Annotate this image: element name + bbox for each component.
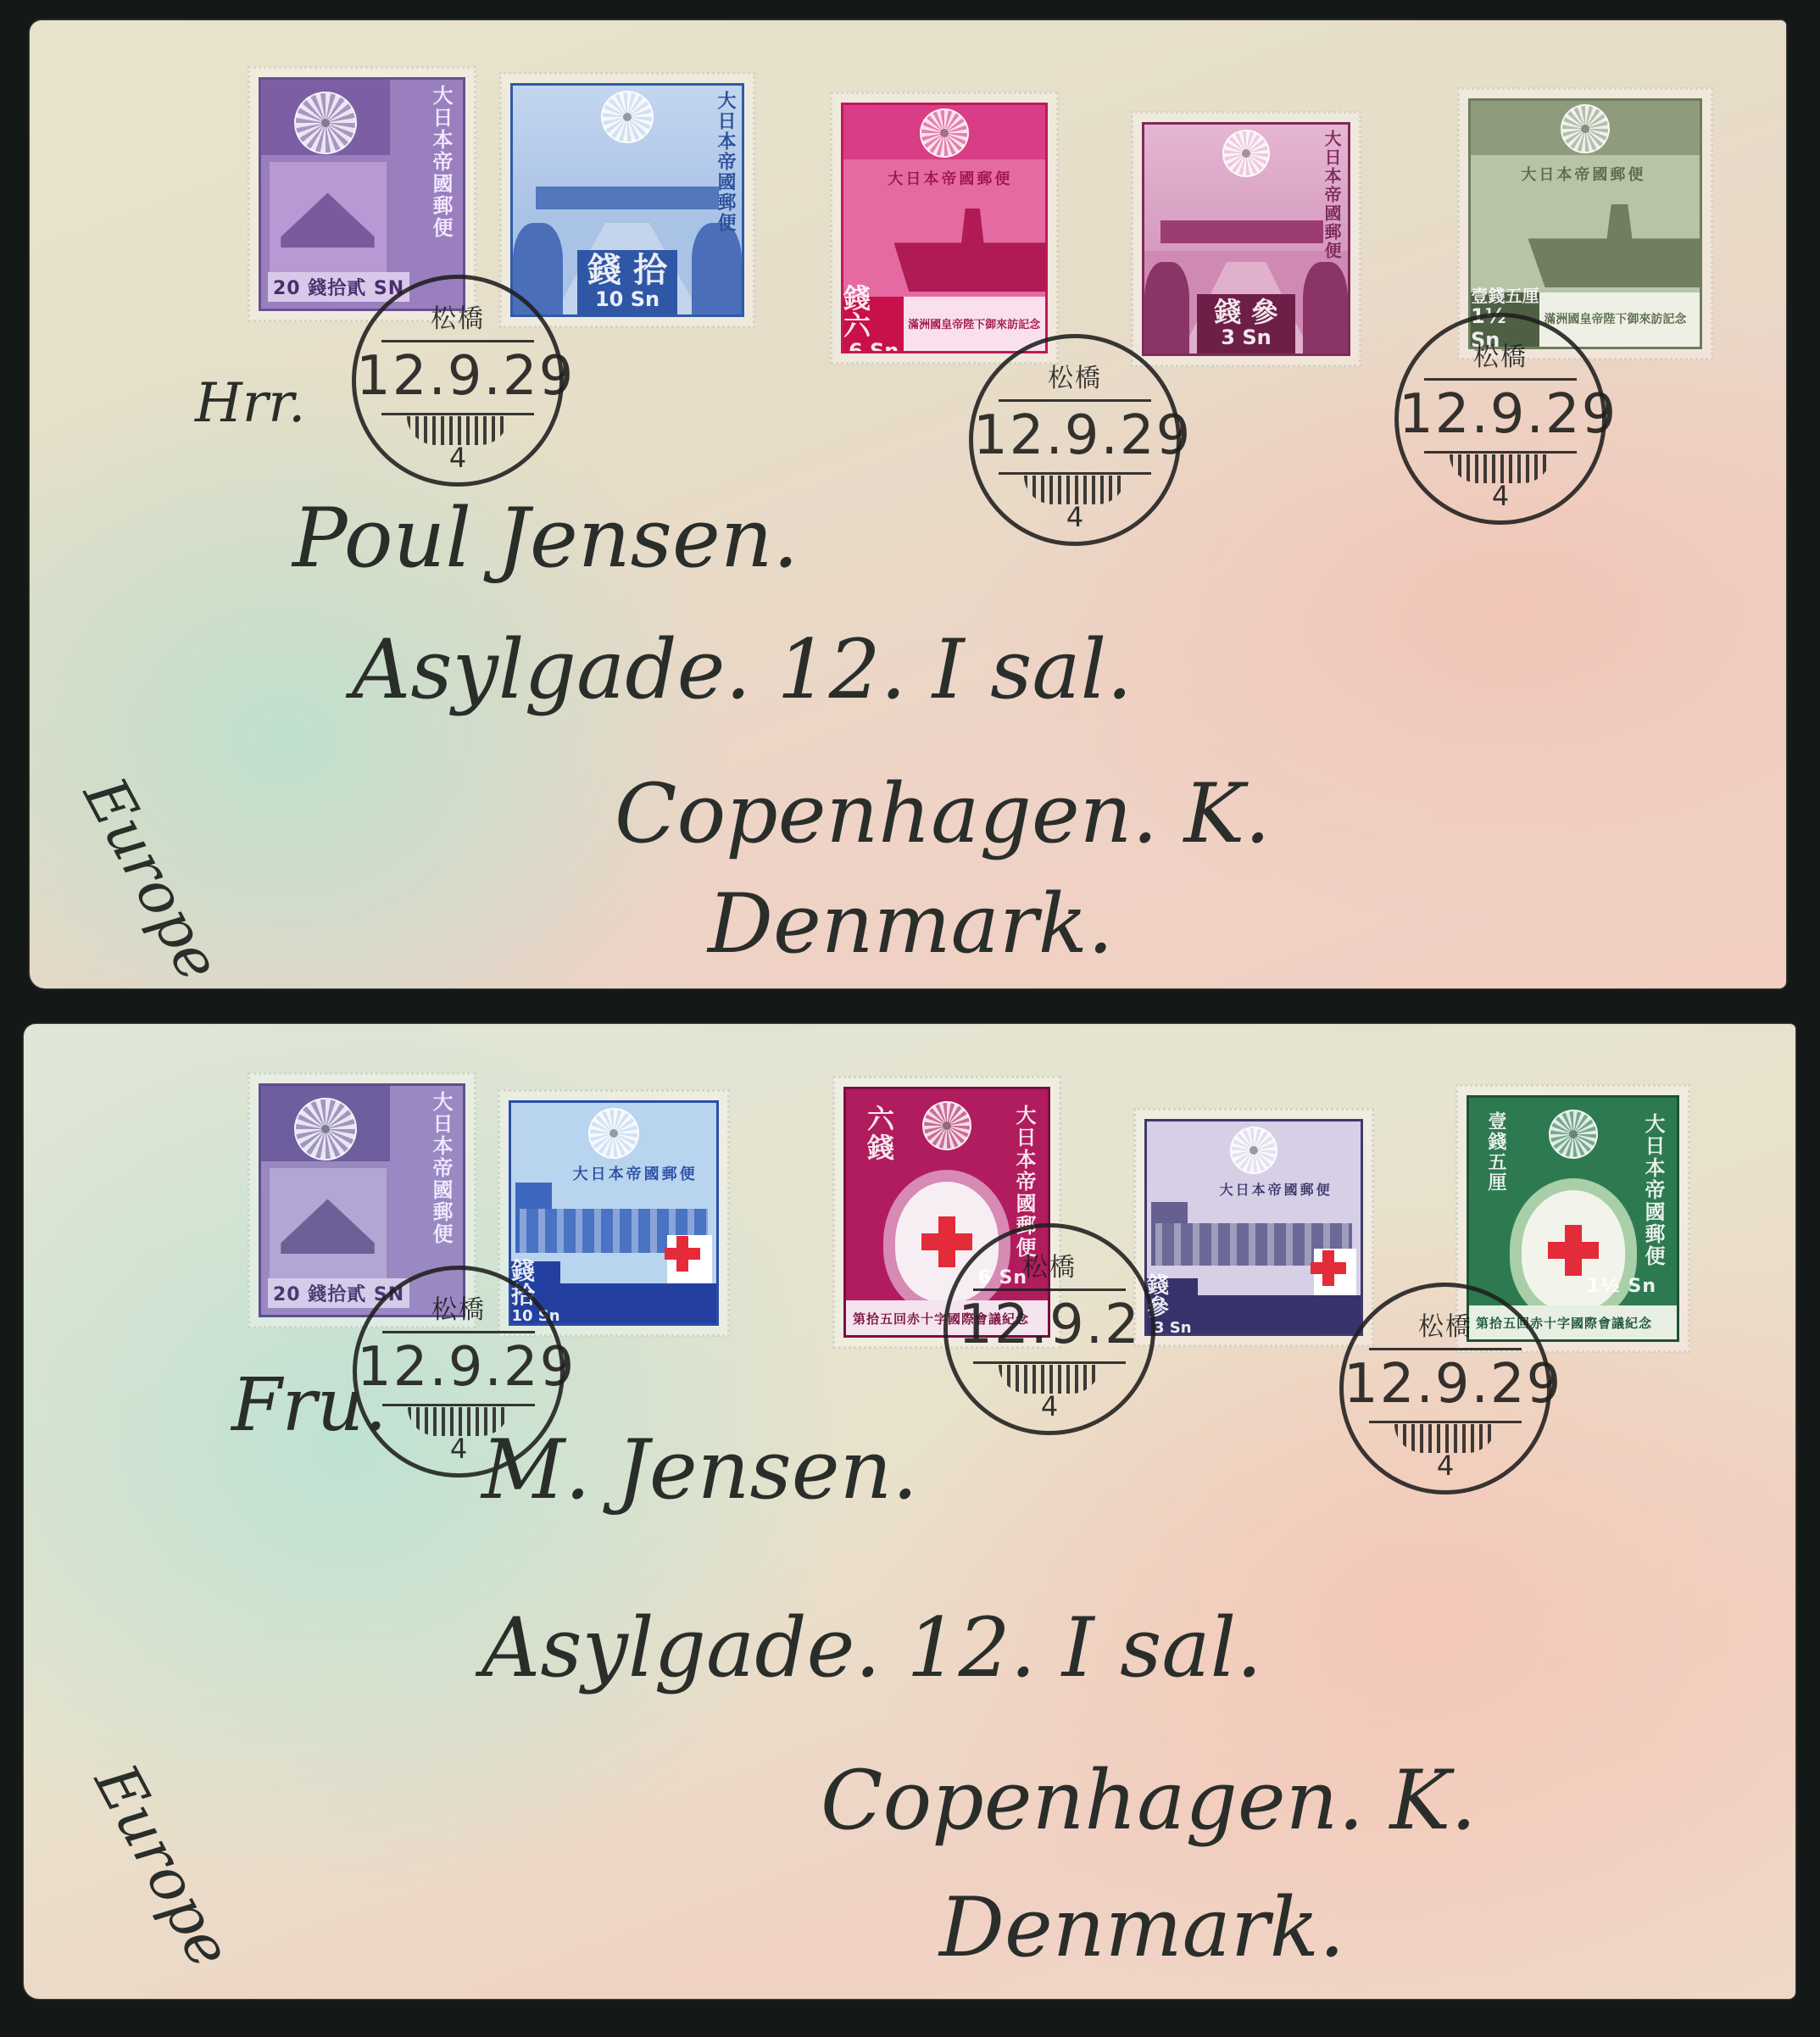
chrysanthemum-icon bbox=[1549, 1110, 1598, 1159]
address-name: M. Jensen. bbox=[481, 1422, 918, 1517]
address-country: Denmark. bbox=[939, 1880, 1344, 1975]
address-salutation: Hrr. bbox=[195, 372, 305, 435]
battleship-image bbox=[1528, 238, 1700, 287]
postmark-date: 12.9.29 bbox=[356, 345, 559, 408]
postmark: 松橋 12.9.29 4 bbox=[1339, 1283, 1551, 1494]
annotation-europe: Europe bbox=[70, 766, 235, 988]
issuer-text: 大日本帝國郵便 bbox=[712, 91, 738, 233]
red-cross-icon bbox=[665, 1236, 700, 1272]
chrysanthemum-icon bbox=[922, 1101, 971, 1150]
denomination-box: 錢 六 6 Sn bbox=[843, 297, 904, 351]
chrysanthemum-icon bbox=[1230, 1127, 1277, 1174]
denomination-kanji: 壹錢五厘 bbox=[1483, 1111, 1509, 1193]
postmark-date: 12.9.2 bbox=[948, 1294, 1151, 1356]
address-country: Denmark. bbox=[708, 877, 1113, 971]
envelope-top: 大日本帝國郵便 20 錢拾貳 SN 大日本帝國郵便 錢 拾 10 Sn 大日本帝… bbox=[30, 20, 1786, 988]
denomination-sn: 1½ Sn bbox=[1587, 1276, 1656, 1297]
address-name: Poul Jensen. bbox=[292, 491, 799, 586]
mount-fuji-image bbox=[281, 1199, 374, 1254]
issuer-text: 大日本帝國郵便 bbox=[1220, 1179, 1333, 1199]
caption-text: 滿洲國皇帝陛下御來訪記念 bbox=[908, 315, 1040, 331]
denomination-box: 錢 拾 10 Sn bbox=[577, 250, 678, 314]
chrysanthemum-icon bbox=[920, 109, 969, 158]
stamp-redcross-building-3sn: 大日本帝國郵便 錢 參 3 Sn bbox=[1134, 1109, 1373, 1346]
stamp-battleship-6sn: 大日本帝國郵便 錢 六 6 Sn 滿洲國皇帝陛下御來訪記念 bbox=[831, 92, 1058, 364]
mount-fuji-image bbox=[281, 192, 374, 248]
stamp-palace-3sn: 大日本帝國郵便 錢 參 3 Sn bbox=[1132, 112, 1361, 366]
annotation-europe: Europe bbox=[81, 1753, 246, 1979]
red-cross-icon bbox=[1548, 1225, 1599, 1276]
battleship-image bbox=[894, 242, 1046, 292]
caption-text: 滿洲國皇帝陛下御來訪記念 bbox=[1544, 310, 1686, 327]
chrysanthemum-icon bbox=[588, 1108, 639, 1159]
issuer-text: 大日本帝國郵便 bbox=[573, 1162, 698, 1184]
postmark: 松橋 12.9.29 4 bbox=[1394, 313, 1606, 525]
issuer-text: 大日本帝國郵便 bbox=[1639, 1113, 1668, 1267]
address-street: Asylgade. 12. I sal. bbox=[352, 622, 1133, 717]
issuer-text: 大日本帝國郵便 bbox=[1320, 130, 1344, 260]
chrysanthemum-icon bbox=[1561, 104, 1610, 153]
postmark: 松橋 12.9.2 4 bbox=[943, 1223, 1155, 1435]
address-city: Copenhagen. K. bbox=[821, 1753, 1477, 1848]
postmark-date: 12.9.29 bbox=[1399, 383, 1602, 446]
red-cross-icon bbox=[1311, 1250, 1346, 1286]
chrysanthemum-icon bbox=[601, 91, 654, 143]
issuer-text: 大日本帝國郵便 bbox=[426, 85, 456, 239]
postmark: 松橋 12.9.29 4 bbox=[352, 275, 564, 487]
postmark: 松橋 12.9.29 4 bbox=[969, 334, 1181, 546]
address-street: Asylgade. 12. I sal. bbox=[481, 1600, 1262, 1695]
envelope-bottom: 大日本帝國郵便 20 錢拾貳 SN 大日本帝國郵便 錢 拾 10 Sn 六錢 大… bbox=[24, 1024, 1795, 1999]
stamp-palace-10sn: 大日本帝國郵便 錢 拾 10 Sn bbox=[500, 73, 754, 327]
issuer-text: 大日本帝國郵便 bbox=[426, 1091, 456, 1245]
postmark-date: 12.9.29 bbox=[357, 1336, 560, 1399]
address-city: Copenhagen. K. bbox=[615, 766, 1271, 861]
denomination-box: 錢 參 3 Sn bbox=[1197, 294, 1294, 353]
postmark-date: 12.9.29 bbox=[1344, 1353, 1547, 1416]
chrysanthemum-icon bbox=[1222, 130, 1270, 177]
issuer-text: 大日本帝國郵便 bbox=[1521, 163, 1645, 185]
postmark-date: 12.9.29 bbox=[973, 404, 1177, 467]
chrysanthemum-icon bbox=[294, 92, 357, 154]
denomination-kanji: 六錢 bbox=[860, 1105, 899, 1162]
chrysanthemum-icon bbox=[294, 1098, 357, 1160]
address-salutation: Fru. bbox=[231, 1363, 387, 1448]
issuer-text: 大日本帝國郵便 bbox=[888, 167, 1012, 189]
